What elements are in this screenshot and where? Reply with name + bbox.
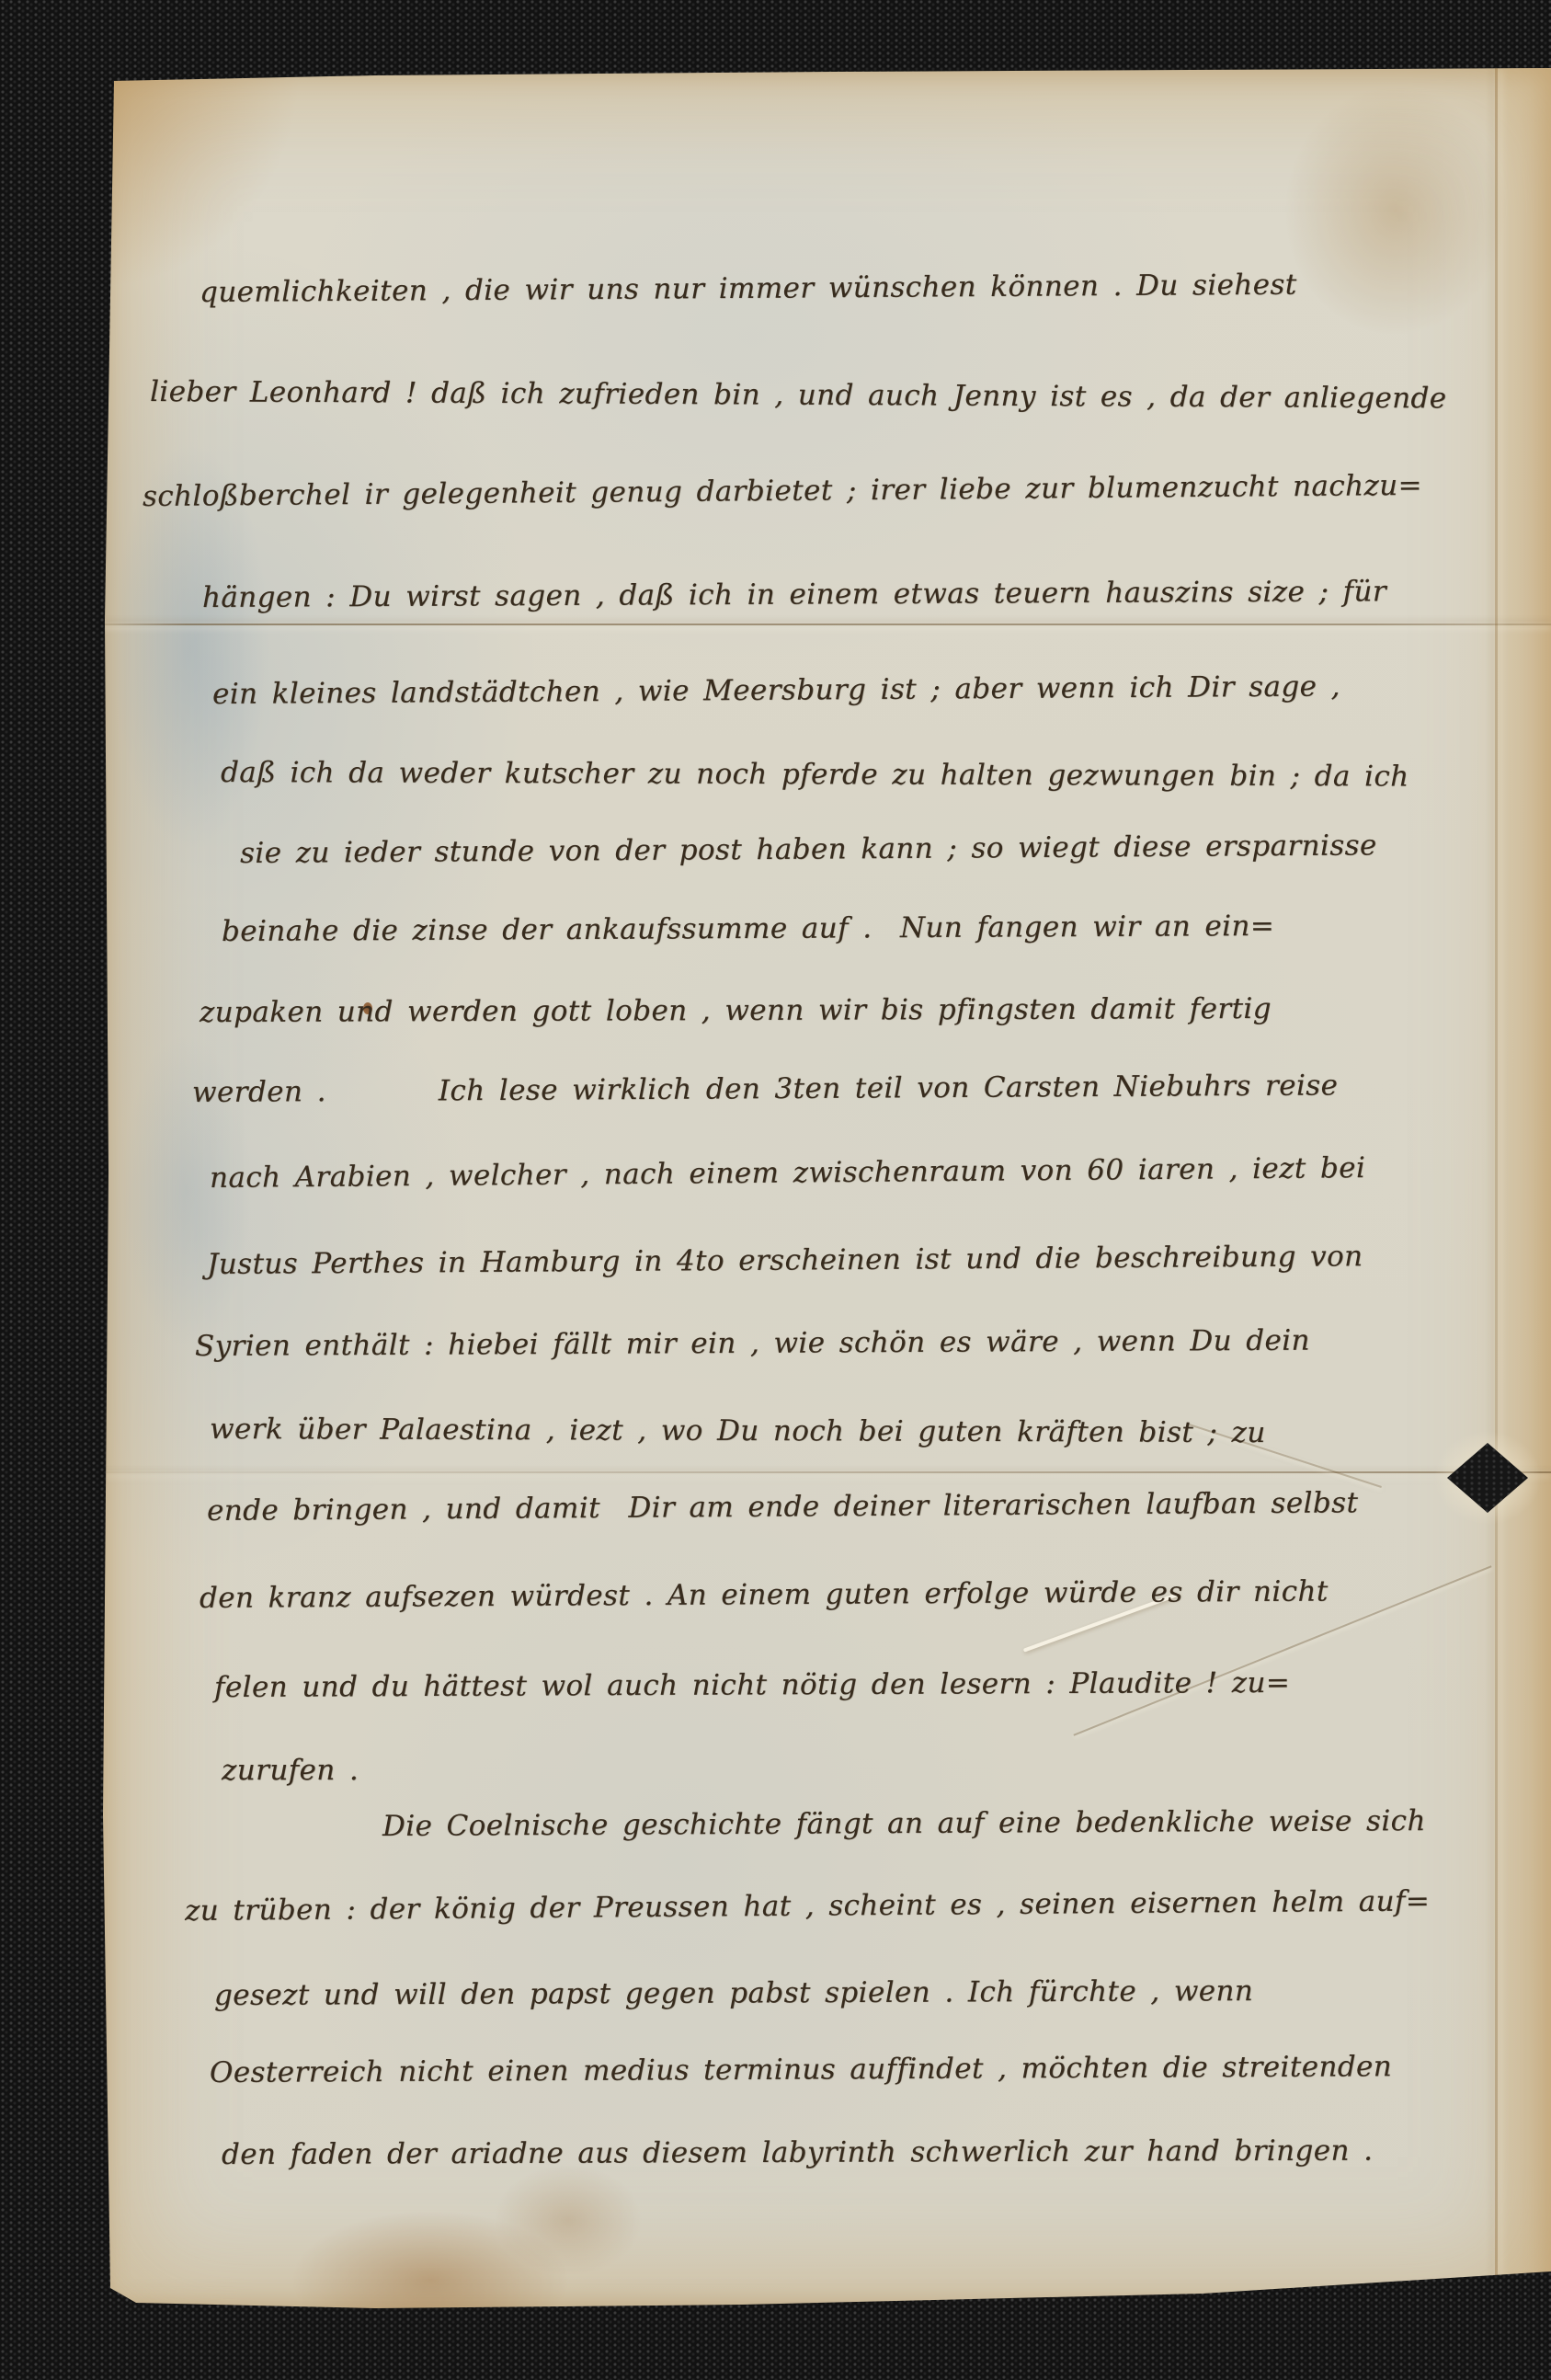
handwriting-line: felen und du hättest wol auch nicht nöti… (214, 1665, 1290, 1706)
handwriting-line: quemlichkeiten , die wir uns nur immer w… (200, 267, 1297, 311)
bottom-damp-stain (495, 2165, 642, 2275)
diamond-fold-hole (1447, 1443, 1528, 1513)
right-edge-stain (1285, 86, 1506, 335)
handwriting-line: beinahe die zinse der ankaufssumme auf .… (222, 908, 1274, 950)
handwriting-line: Syrien enthält : hiebei fällt mir ein , … (195, 1322, 1310, 1365)
horizontal-fold-crease-lower (99, 1471, 1551, 1473)
handwriting-line: Die Coelnische geschichte fängt an auf e… (382, 1802, 1426, 1845)
vertical-fold-crease (1495, 68, 1498, 2310)
handwriting-line: den kranz aufsezen würdest . An einem gu… (200, 1573, 1329, 1617)
handwriting-line: werden . Ich lese wirklich den 3ten teil… (192, 1067, 1339, 1111)
handwriting-line: hängen : Du wirst sagen , daß ich in ein… (202, 573, 1386, 616)
hole-worn-halo (1434, 1431, 1541, 1525)
handwriting-line: Oesterreich nicht einen medius terminus … (210, 2048, 1392, 2091)
right-fold-panel-toning (1498, 68, 1551, 2310)
handwriting-line: ein kleines landstädtchen , wie Meersbur… (212, 668, 1340, 713)
edge-browning-top-left (99, 68, 302, 289)
handwriting-line: zupaken und werden gott loben , wenn wir… (200, 990, 1272, 1031)
handwriting-line: werk über Palaestina , iezt , wo Du noch… (210, 1411, 1266, 1451)
handwriting-line: lieber Leonhard ! daß ich zufrieden bin … (150, 373, 1447, 417)
horizontal-fold-crease-upper (99, 624, 1551, 625)
handwriting-line: den faden der ariadne aus diesem labyrin… (222, 2133, 1373, 2173)
handwriting-line: zurufen . (222, 1752, 359, 1789)
scanned-letter-page: quemlichkeiten , die wir uns nur immer w… (0, 0, 1551, 2380)
handwriting-line: daß ich da weder kutscher zu noch pferde… (221, 754, 1409, 795)
handwriting-line: gesezt und will den papst gegen pabst sp… (214, 1973, 1253, 2014)
